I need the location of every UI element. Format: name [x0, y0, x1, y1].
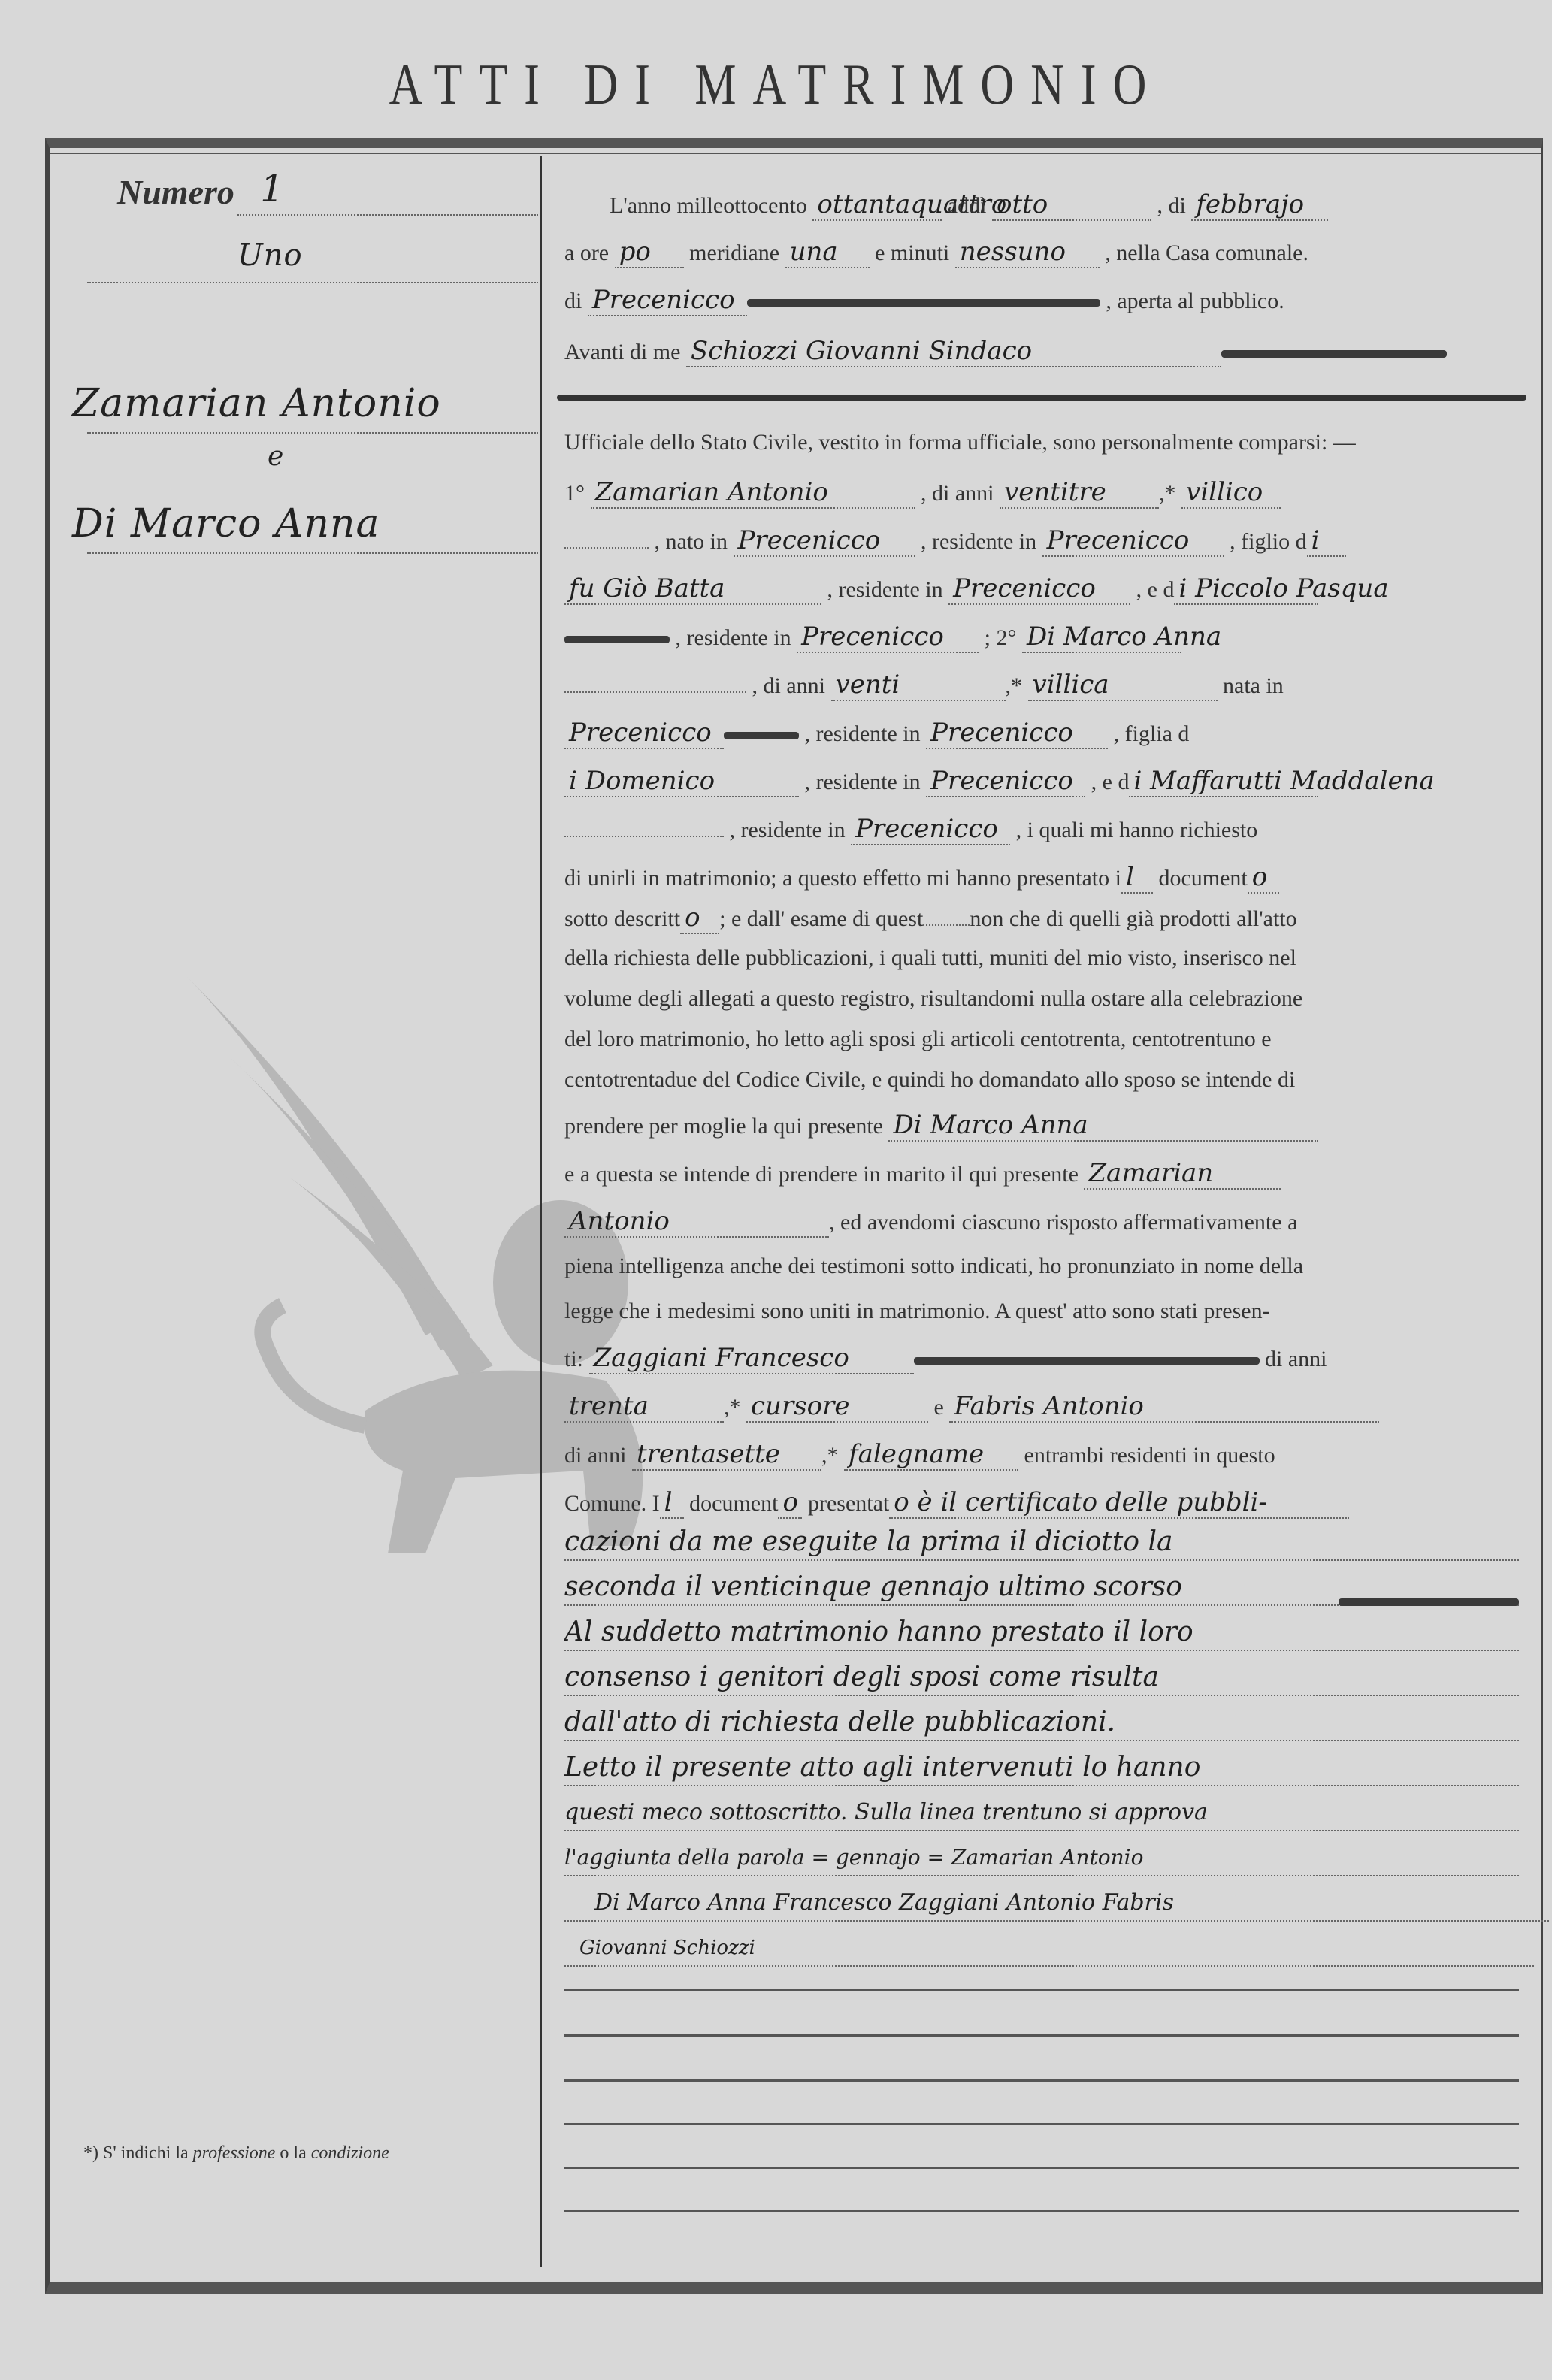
label: , residente in [827, 577, 943, 602]
left-column: Numero 1 Uno Zamarian Antonio e Di Marco… [57, 156, 532, 2260]
label: Comune. I [564, 1491, 660, 1516]
groom-name-left: Zamarian Antonio [72, 381, 441, 426]
groom-age-field: ventitre [1000, 477, 1159, 509]
groom-birthplace-field: Precenicco [734, 525, 915, 557]
act-line-groom-3: fu Giò Batta , residente in Precenicco ,… [564, 573, 1526, 605]
act-line-p6: centotrentadue del Codice Civile, e quin… [564, 1065, 1526, 1095]
minutes-field: nessuno [955, 237, 1100, 268]
groom-mother-field: i Piccolo Pasqua [1174, 573, 1318, 605]
label: ti: [564, 1347, 583, 1371]
handwritten-line: dall'atto di richiesta delle pubblicazio… [564, 1705, 1519, 1741]
handwritten-line: Letto il presente atto agli intervenuti … [564, 1750, 1519, 1786]
label: ; 2° [985, 625, 1017, 650]
filler-bar [564, 636, 670, 643]
label: nata in [1223, 673, 1284, 698]
numero-value: 1 [260, 167, 285, 210]
column-divider [540, 156, 542, 2267]
groom-residence-field: Precenicco [1042, 525, 1224, 557]
frame-top-rule [50, 153, 1541, 154]
act-line-bride: , di anni venti,* villica nata in [564, 670, 1526, 701]
label: , figlio d [1230, 529, 1307, 554]
act-line-1: L'anno milleottocento ottantaquattro add… [564, 189, 1552, 221]
handwritten-line: cazioni da me eseguite la prima il dicio… [564, 1525, 1519, 1561]
label: , e d [1136, 577, 1175, 602]
act-line-groom: 1° Zamarian Antonio , di anni ventitre,*… [564, 477, 1526, 509]
bride-profession-field: villica [1028, 670, 1218, 701]
act-line-bride-2: Precenicco , residente in Precenicco , f… [564, 718, 1526, 749]
act-line-p13: trenta,* cursore e Fabris Antonio [564, 1391, 1526, 1423]
act-line-4: Avanti di me Schiozzi Giovanni Sindaco [564, 336, 1526, 367]
label: , nella Casa comunale. [1105, 240, 1308, 265]
label: di anni [1265, 1347, 1327, 1371]
page-title: ATTI DI MATRIMONIO [0, 52, 1552, 119]
quest-suffix-field [923, 924, 970, 926]
doc-suffix-field-2: o [778, 1487, 802, 1519]
act-line-p7: prendere per moglie la qui presente Di M… [564, 1110, 1526, 1142]
label: , residente in [676, 625, 791, 650]
groom-father-residence-field: Precenicco [948, 573, 1130, 605]
label: meridiane [689, 240, 779, 265]
blank-rule [564, 2210, 1519, 2212]
filler-bar [747, 299, 1100, 307]
numero-label: Numero [117, 172, 234, 212]
officer-field: Schiozzi Giovanni Sindaco [686, 336, 1221, 367]
blank-field [564, 547, 649, 549]
label: Avanti di me [564, 340, 680, 364]
act-line-p2: sotto descritto; e dall' esame di questn… [564, 903, 1526, 934]
label: 1° [564, 481, 585, 506]
label: , i quali mi hanno richiesto [1016, 818, 1258, 842]
groom-mother-residence-field: Precenicco [797, 621, 979, 653]
act-line-p4: volume degli allegati a questo registro,… [564, 984, 1526, 1014]
label: document [689, 1491, 778, 1516]
town-field: Precenicco [588, 285, 747, 316]
record-frame: Numero 1 Uno Zamarian Antonio e Di Marco… [45, 138, 1543, 2294]
act-line-p9: Antonio, ed avendomi ciascuno risposto a… [564, 1206, 1526, 1238]
bride-age-field: venti [831, 670, 1006, 701]
blank-rule [564, 2167, 1519, 2169]
footnote-professione: professione [193, 2143, 276, 2163]
label: non che di quelli già prodotti all'atto [970, 906, 1296, 931]
label: addì [948, 193, 987, 218]
act-line-p8: e a questa se intende di prendere in mar… [564, 1158, 1526, 1190]
act-line-p5: del loro matrimonio, ho letto agli sposi… [564, 1024, 1526, 1054]
witness2-age-field: trentasette [632, 1439, 821, 1471]
witness2-field: Fabris Antonio [949, 1391, 1379, 1423]
witness1-field: Zaggiani Francesco [589, 1343, 914, 1374]
blank-rule [564, 1989, 1519, 1991]
conjunction-left: e [268, 441, 284, 472]
label: , residente in [805, 770, 921, 794]
doc-count-field-2: l [660, 1487, 684, 1519]
label: di unirli in matrimonio; a questo effett… [564, 866, 1121, 891]
label: , residente in [805, 721, 921, 746]
month-field: febbrajo [1191, 189, 1328, 221]
handwritten-line: Al suddetto matrimonio hanno prestato il… [564, 1615, 1519, 1651]
act-body: L'anno milleottocento ottantaquattro add… [549, 156, 1526, 2260]
period-field: po [615, 237, 684, 268]
bride-field: Di Marco Anna [1022, 621, 1181, 653]
bride-father-field: i Domenico [564, 766, 799, 797]
groom-field: Zamarian Antonio [591, 477, 915, 509]
blank-rule [564, 2034, 1519, 2037]
act-line-3: di Precenicco , aperta al pubblico. [564, 285, 1526, 316]
doc-suffix-field: o [1248, 862, 1279, 894]
witness2-profession-field: falegname [844, 1439, 1018, 1471]
groom-present-field: Zamarian [1084, 1158, 1281, 1190]
bride-mother-cont [564, 836, 724, 837]
act-line-p11: legge che i medesimi sono uniti in matri… [564, 1296, 1526, 1326]
act-line-5: Ufficiale dello Stato Civile, vestito in… [564, 428, 1526, 458]
label: , di [1157, 193, 1186, 218]
descritt-suffix-field: o [680, 903, 719, 934]
label: , di anni [921, 481, 994, 506]
act-line-bride-3: i Domenico , residente in Precenicco , e… [564, 766, 1526, 797]
label: presentat [808, 1491, 889, 1516]
label: e [934, 1395, 944, 1420]
numero-words-dotline [87, 282, 538, 283]
footnote-middle: o la [275, 2143, 310, 2163]
label: prendere per moglie la qui presente [564, 1114, 883, 1139]
label: , di anni [752, 673, 826, 698]
act-line-bride-4: , residente in Precenicco , i quali mi h… [564, 814, 1526, 845]
handwritten-line: consenso i genitori degli sposi come ris… [564, 1660, 1519, 1696]
signature-line: Giovanni Schiozzi [564, 1931, 1534, 1967]
son-of-suffix: i [1307, 525, 1346, 557]
label: a ore [564, 240, 609, 265]
act-line-p3: della richiesta delle pubblicazioni, i q… [564, 943, 1526, 973]
act-line-2: a ore po meridiane una e minuti nessuno … [564, 237, 1526, 268]
label: , ed avendomi ciascuno risposto affermat… [829, 1210, 1297, 1235]
numero-dotline [237, 214, 538, 216]
day-field: otto [992, 189, 1151, 221]
label: document [1158, 866, 1247, 891]
label: di anni [564, 1443, 627, 1468]
witness1-age-field: trenta [564, 1391, 724, 1423]
bride-mother-residence-field: Precenicco [851, 814, 1010, 845]
handwritten-line: questi meco sottoscritto. Sulla linea tr… [564, 1795, 1519, 1831]
bride-cont-field [564, 691, 746, 693]
label: ; e dall' esame di quest [719, 906, 923, 931]
act-line-p1: di unirli in matrimonio; a questo effett… [564, 862, 1526, 894]
label: entrambi residenti in questo [1024, 1443, 1275, 1468]
year-field: ottantaquattro [812, 189, 942, 221]
label: , residente in [730, 818, 846, 842]
blank-rule [564, 2079, 1519, 2082]
act-line-groom-4: , residente in Precenicco ; 2° Di Marco … [564, 621, 1526, 653]
filler-bar [1221, 350, 1447, 358]
footnote-prefix: *) S' indichi la [83, 2143, 193, 2163]
doc-count-field: l [1121, 862, 1153, 894]
bride-father-residence-field: Precenicco [926, 766, 1085, 797]
witness1-profession-field: cursore [746, 1391, 928, 1423]
label: sotto descritt [564, 906, 680, 931]
groom-present-cont: Antonio [564, 1206, 829, 1238]
groom-dotline [87, 432, 538, 434]
hour-field: una [785, 237, 870, 268]
act-line-p12: ti: Zaggiani Francesco di anni [564, 1343, 1526, 1374]
handwritten-line: l'aggiunta della parola = gennajo = Zama… [564, 1840, 1519, 1876]
bride-residence-field: Precenicco [926, 718, 1108, 749]
label: di [564, 289, 582, 313]
groom-father-field: fu Giò Batta [564, 573, 821, 605]
label: , figlia d [1114, 721, 1190, 746]
bride-dotline [87, 552, 538, 554]
label: e a questa se intende di prendere in mar… [564, 1162, 1079, 1187]
groom-profession-field: villico [1181, 477, 1281, 509]
act-line-groom-2: , nato in Precenicco , residente in Prec… [564, 525, 1526, 557]
label: e minuti [875, 240, 949, 265]
filler-bar [1339, 1598, 1519, 1606]
filler-bar [724, 732, 799, 739]
bride-mother-field: i Maffarutti Maddalena [1129, 766, 1318, 797]
act-line-p14: di anni trentasette,* falegname entrambi… [564, 1439, 1526, 1471]
doc-description-field: o è il certificato delle pubbli- [889, 1487, 1349, 1519]
section-rule [557, 395, 1526, 401]
blank-rule [564, 2123, 1519, 2125]
numero-words: Uno [237, 238, 303, 273]
bride-birthplace-field: Precenicco [564, 718, 724, 749]
label: , e d [1091, 770, 1130, 794]
bride-name-left: Di Marco Anna [72, 501, 380, 546]
handwritten-line: Di Marco Anna Francesco Zaggiani Antonio… [564, 1886, 1549, 1922]
filler-bar [914, 1357, 1260, 1365]
act-line-p10: piena intelligenza anche dei testimoni s… [564, 1251, 1526, 1281]
label: L'anno milleottocento [610, 193, 807, 218]
act-line-p15: Comune. Il documento presentato è il cer… [564, 1487, 1526, 1519]
label: , residente in [921, 529, 1036, 554]
label: , nato in [655, 529, 728, 554]
label: , aperta al pubblico. [1106, 289, 1284, 313]
bride-present-field: Di Marco Anna [888, 1110, 1318, 1142]
footnote: *) S' indichi la professione o la condiz… [83, 2143, 389, 2164]
footnote-condizione: condizione [311, 2143, 389, 2163]
